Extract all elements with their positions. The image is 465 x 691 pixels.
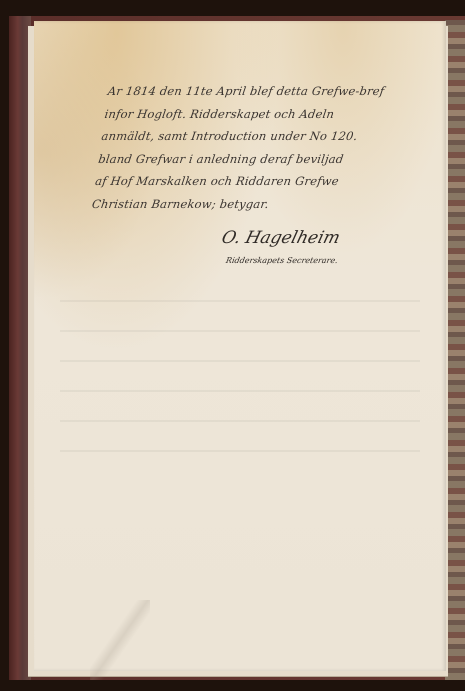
marbled-edge [445,20,465,680]
signature: O. Hagelheim [220,228,343,248]
text-line: Christian Barnekow; betygar. [91,193,414,216]
text-line: Ar 1814 den 11te April blef detta Grefwe… [106,80,429,103]
text-line: af Hof Marskalken och Riddaren Grefwe [94,170,417,193]
bleed-through-line [60,450,420,452]
text-line: infor Hogloft. Ridderskapet och Adeln [103,103,426,126]
text-line: anmäldt, samt Introduction under No 120. [100,125,423,148]
text-line: bland Grefwar i anledning deraf beviljad [97,148,420,171]
bleed-through-line [60,300,420,302]
bleed-through-line [60,360,420,362]
paper-fold [90,600,150,680]
signature-title: Ridderskapets Secreterare. [225,256,338,265]
handwritten-text: Ar 1814 den 11te April blef detta Grefwe… [91,80,430,215]
bleed-through-line [60,330,420,332]
bleed-through-line [60,420,420,422]
bleed-through-line [60,390,420,392]
